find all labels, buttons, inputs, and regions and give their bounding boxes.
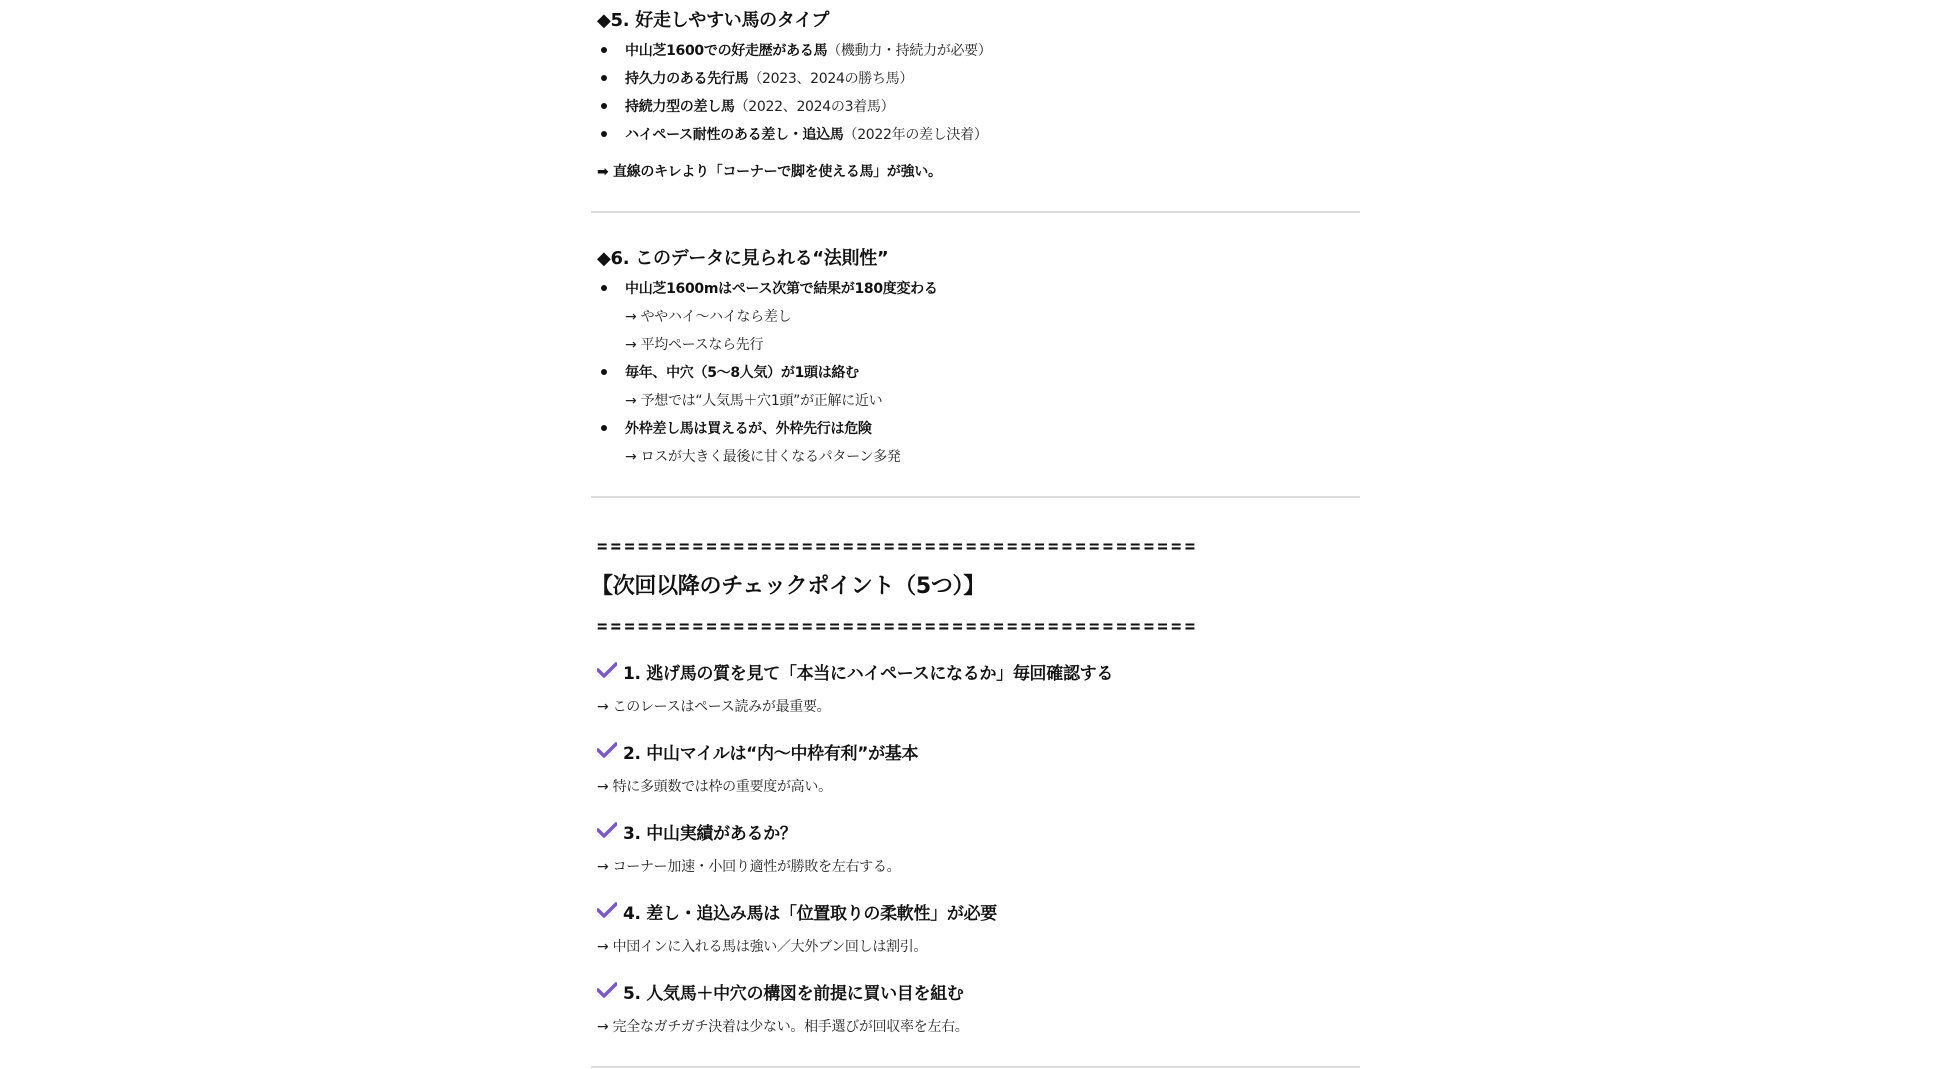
list-item-note: （2022、2024の3着馬）: [735, 99, 895, 115]
bullet-icon: [601, 75, 607, 81]
divider: [591, 211, 1360, 213]
list-item-bold: 外枠差し馬は買えるが、外枠先行は危険: [625, 418, 872, 438]
checkpoint-note: → コーナー加速・小回り適性が勝敗を左右する。: [597, 856, 900, 876]
checkpoint-heading-text: 1. 逃げ馬の質を見て「本当にハイペースになるか」毎回確認する: [623, 659, 1113, 684]
check-icon: [597, 902, 617, 918]
list-item-bold: 中山芝1600mはペース次第で結果が180度変わる: [625, 278, 938, 298]
list-item-bold: 持続力型の差し馬: [625, 99, 735, 115]
divider: [591, 496, 1360, 498]
bullet-icon: [601, 285, 607, 291]
list-item-bold: 中山芝1600での好走歴がある馬: [625, 43, 827, 59]
bullet-icon: [601, 425, 607, 431]
check-icon: [597, 662, 617, 678]
section-5-heading: ◆5. 好走しやすい馬のタイプ: [597, 6, 829, 32]
list-item-bold: ハイペース耐性のある差し・追込馬: [625, 127, 844, 143]
list-item-sub: → ややハイ〜ハイなら差し: [625, 306, 791, 326]
bullet-icon: [601, 47, 607, 53]
list-item-sub: → 平均ペースなら先行: [625, 334, 763, 354]
check-icon: [597, 742, 617, 758]
checkpoint-heading-text: 4. 差し・追込み馬は「位置取りの柔軟性」が必要: [623, 899, 997, 924]
checkpoint-note: → このレースはペース読みが最重要。: [597, 696, 830, 716]
list-item-note: （2022年の差し決着）: [844, 127, 988, 143]
list-item-sub: → ロスが大きく最後に甘くなるパターン多発: [625, 446, 901, 466]
section-5-conclusion: ➡ 直線のキレより「コーナーで脚を使える馬」が強い。: [597, 161, 942, 181]
list-item-note: （2023、2024の勝ち馬）: [748, 71, 913, 87]
list-item-sub: → 予想では“人気馬＋穴1頭”が正解に近い: [625, 390, 882, 410]
checkpoint-heading-text: 5. 人気馬＋中穴の構図を前提に買い目を組む: [623, 979, 964, 1004]
check-icon: [597, 822, 617, 838]
checkpoint-heading-text: 3. 中山実績があるか？: [623, 819, 797, 844]
separator-line: ========================================…: [597, 616, 1198, 637]
checkpoint-note: → 特に多頭数では枠の重要度が高い。: [597, 776, 832, 796]
divider: [591, 1066, 1360, 1068]
check-icon: [597, 982, 617, 998]
list-item-bold: 持久力のある先行馬: [625, 71, 748, 87]
section-6-heading: ◆6. このデータに見られる“法則性”: [597, 244, 888, 270]
separator-line: ========================================…: [597, 536, 1198, 557]
checkpoint-note: → 中団インに入れる馬は強い／大外ブン回しは割引。: [597, 936, 927, 956]
list-item-note: （機動力・持続力が必要）: [827, 43, 991, 59]
checkpoint-heading-text: 2. 中山マイルは“内〜中枠有利”が基本: [623, 739, 918, 764]
bullet-icon: [601, 131, 607, 137]
checkpoints-title: 【次回以降のチェックポイント（5つ）】: [591, 569, 985, 600]
bullet-icon: [601, 103, 607, 109]
checkpoint-note: → 完全なガチガチ決着は少ない。相手選びが回収率を左右。: [597, 1016, 969, 1036]
bullet-icon: [601, 369, 607, 375]
list-item-bold: 毎年、中穴（5〜8人気）が1頭は絡む: [625, 362, 859, 382]
